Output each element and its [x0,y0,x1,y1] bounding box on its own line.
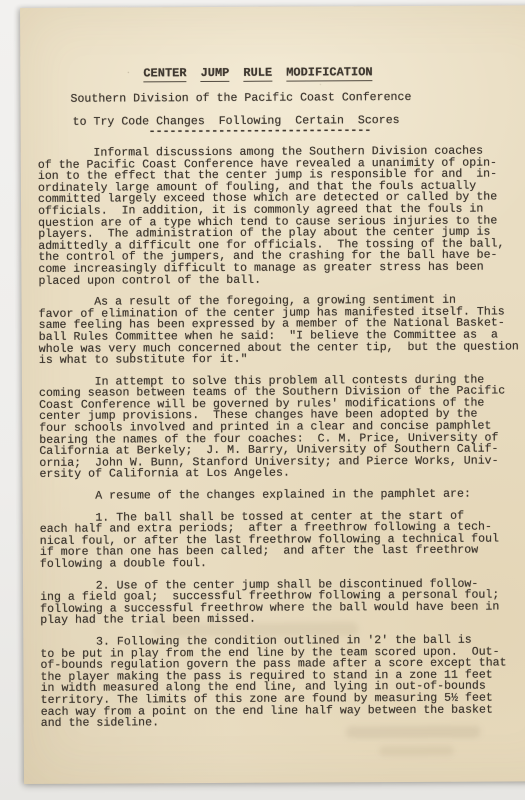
document-body: Informal discussions among the Southern … [38,145,525,730]
paragraph-informal-discussions: Informal discussions among the Southern … [38,145,525,287]
scan-backdrop: CENTERJUMPRULEMODIFICATION Southern Divi… [0,0,525,800]
document-heading: CENTERJUMPRULEMODIFICATION Southern Divi… [37,64,525,139]
bleed-through-smudge [379,746,454,756]
title-word: RULE [243,66,272,82]
subtitle-line-1: Southern Division of the Pacific Coast C… [70,91,525,106]
list-item-2: 2. Use of the center jump shall be disco… [40,578,525,627]
paragraph-coming-season: In attempt to solve this problem all con… [39,374,525,481]
title-word: MODIFICATION [286,65,373,81]
dashed-divider: -------------------------------- [149,124,525,138]
paragraph-resume-intro: A resume of the changes explained in the… [40,488,525,502]
list-item-1: 1. The ball shall be tossed at center at… [40,510,525,571]
title-word: CENTER [143,66,186,82]
list-item-3: 3. Following the condition outlined in '… [40,634,525,730]
document-title: CENTERJUMPRULEMODIFICATION [143,64,525,80]
title-word: JUMP [201,66,230,82]
document-page: CENTERJUMPRULEMODIFICATION Southern Divi… [20,5,525,784]
paragraph-growing-sentiment: As a result of the foregoing, a growing … [39,294,525,366]
